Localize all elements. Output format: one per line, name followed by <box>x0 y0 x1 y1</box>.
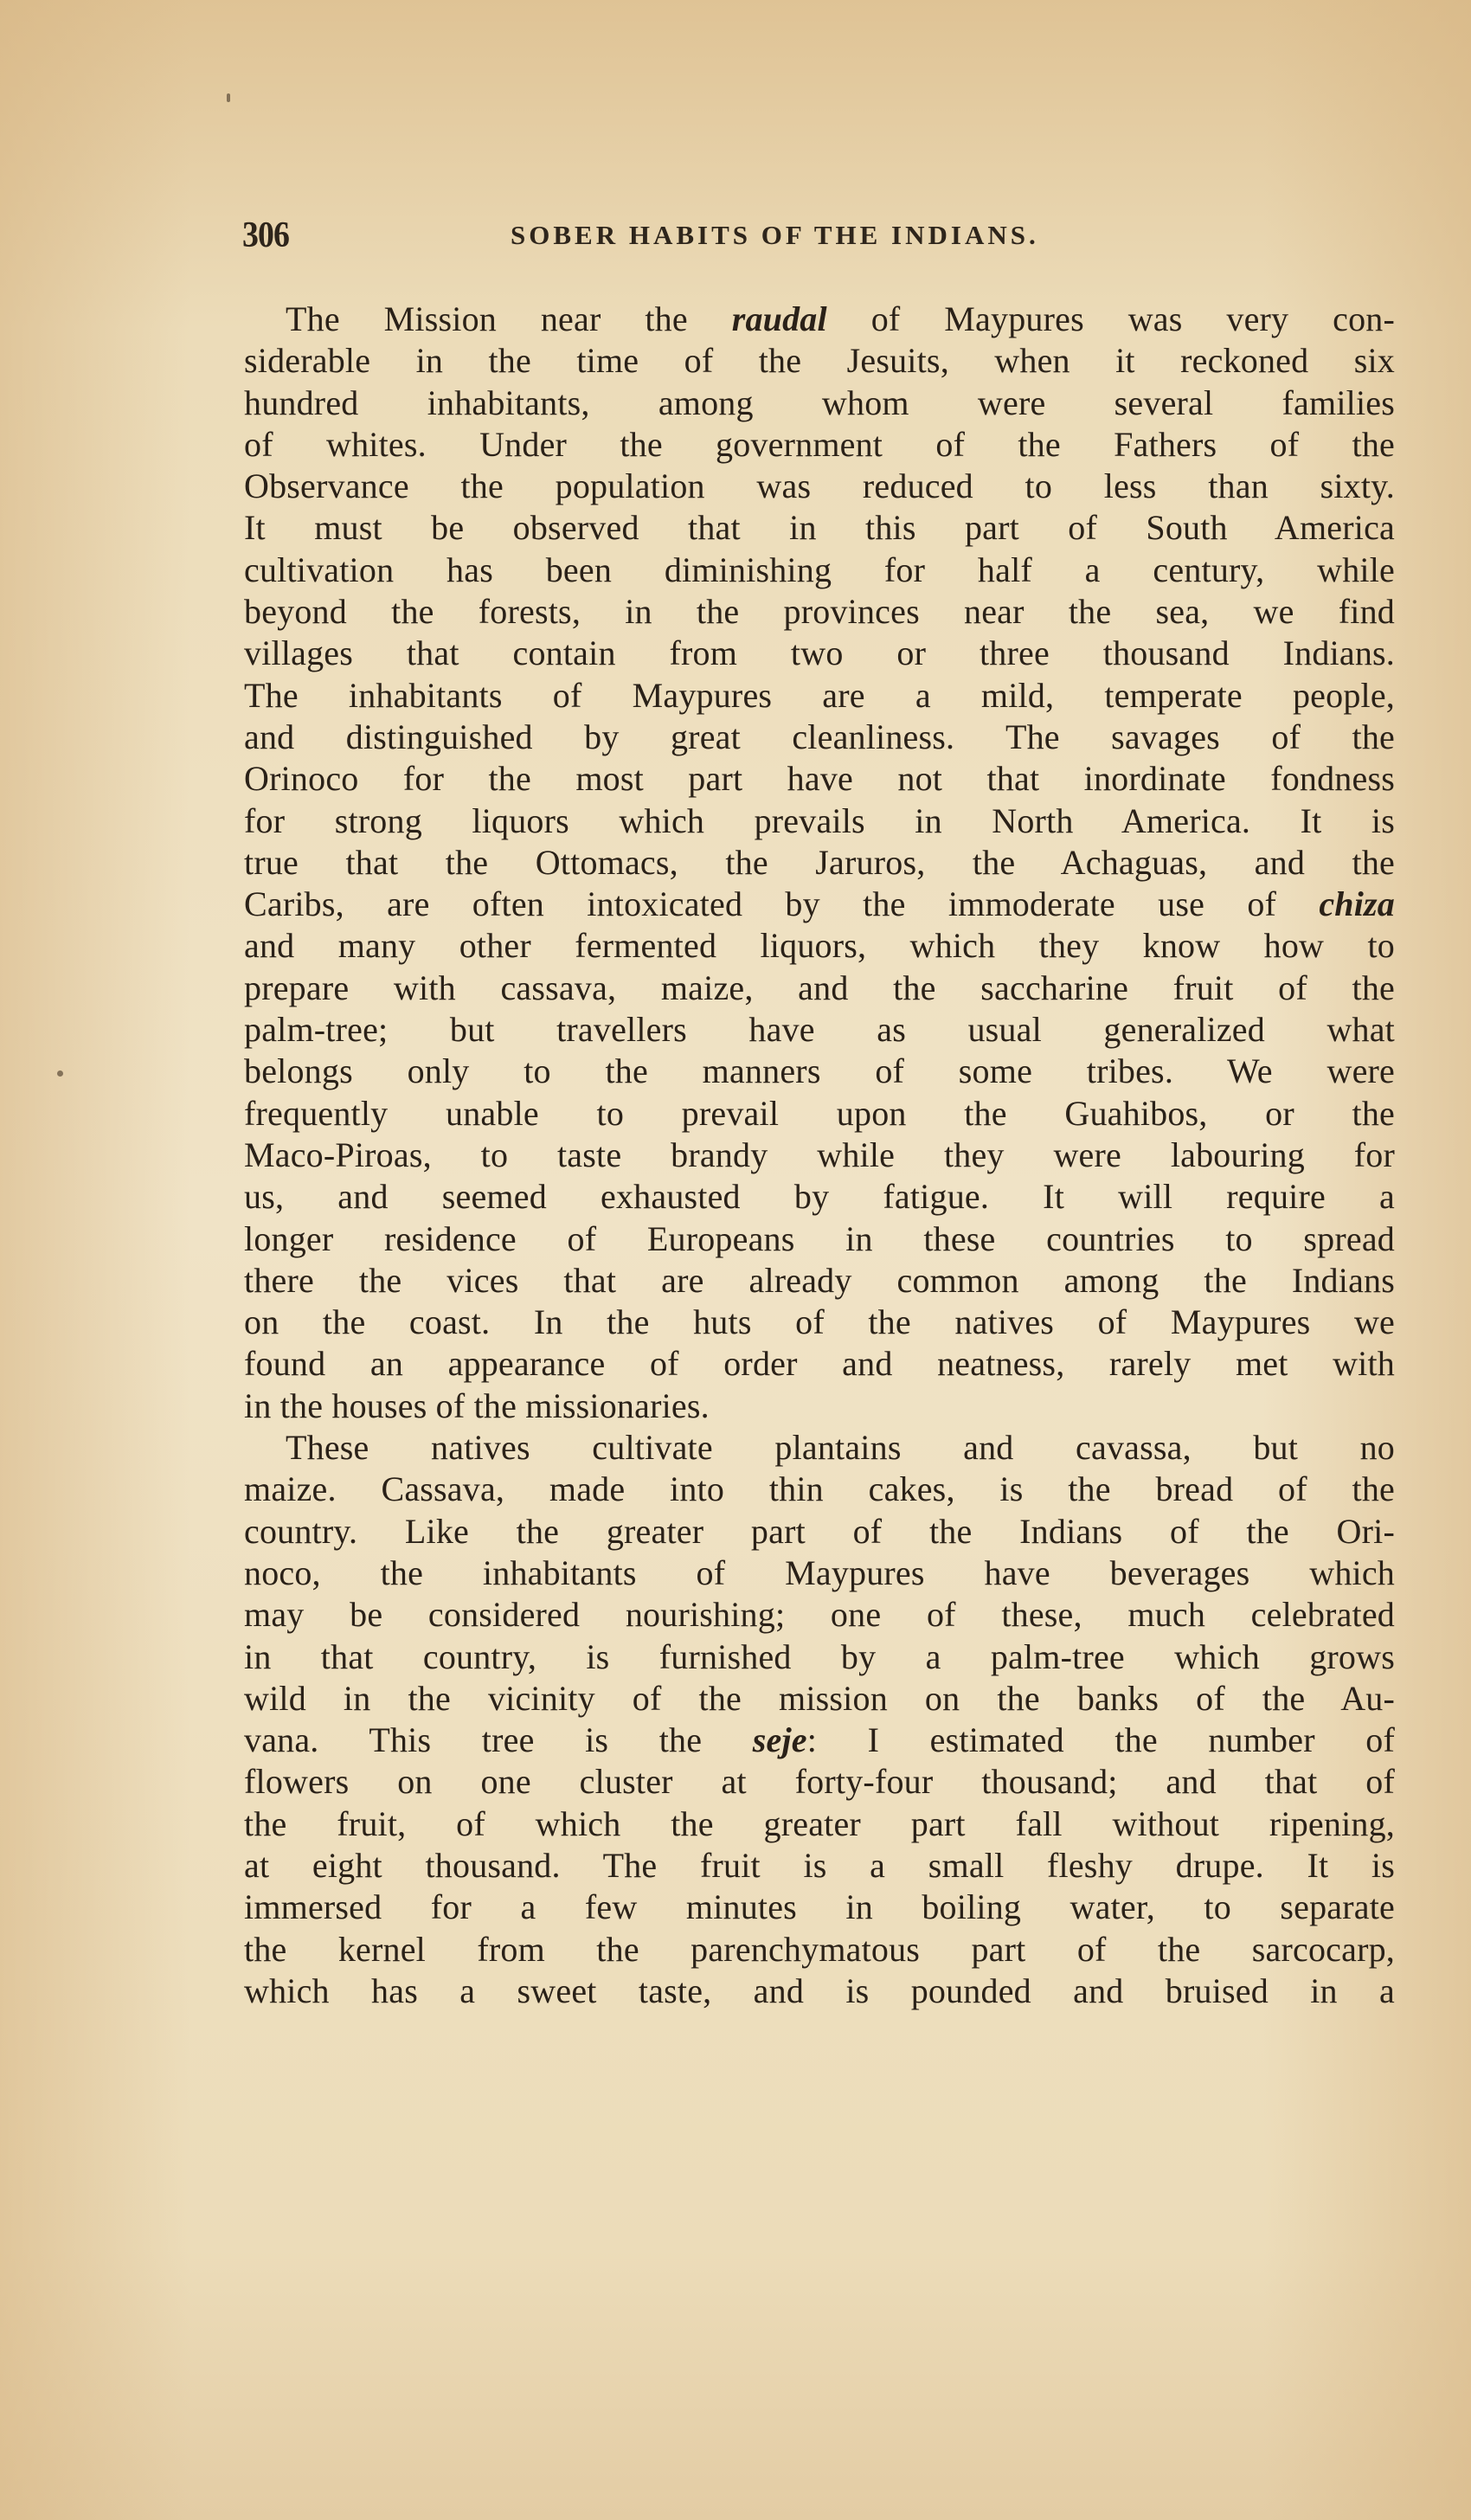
text-line: on the coast. In the huts of the natives… <box>244 1302 1395 1343</box>
text-line: may be considered nourishing; one of the… <box>244 1594 1395 1636</box>
text-line: It must be observed that in this part of… <box>244 507 1395 549</box>
text-line: longer residence of Europeans in these c… <box>244 1218 1395 1260</box>
text-line: there the vices that are already common … <box>244 1260 1395 1302</box>
print-speck-margin <box>57 1070 63 1077</box>
text-line: frequently unable to prevail upon the Gu… <box>244 1093 1395 1135</box>
italic-term: seje <box>753 1720 807 1759</box>
book-page: 306 SOBER HABITS OF THE INDIANS. The Mis… <box>0 0 1471 2520</box>
paragraph: These natives cultivate plantains and ca… <box>244 1427 1395 2012</box>
text-line: These natives cultivate plantains and ca… <box>244 1427 1395 1469</box>
text-line: The inhabitants of Maypures are a mild, … <box>244 675 1395 717</box>
text-line: palm-tree; but travellers have as usual … <box>244 1009 1395 1051</box>
text-line: wild in the vicinity of the mission on t… <box>244 1678 1395 1720</box>
text-line: which has a sweet taste, and is pounded … <box>244 1970 1395 2012</box>
text-line: of whites. Under the government of the F… <box>244 424 1395 466</box>
paragraph: The Mission near the raudal of Maypures … <box>244 299 1395 1427</box>
text-line: and distinguished by great cleanliness. … <box>244 717 1395 758</box>
italic-term: raudal <box>732 299 827 338</box>
text-line: belongs only to the manners of some trib… <box>244 1051 1395 1092</box>
text-line: us, and seemed exhausted by fatigue. It … <box>244 1176 1395 1218</box>
text-line: noco, the inhabitants of Maypures have b… <box>244 1552 1395 1594</box>
text-line: the kernel from the parenchymatous part … <box>244 1929 1395 1970</box>
text-line: maize. Cassava, made into thin cakes, is… <box>244 1469 1395 1510</box>
text-line: hundred inhabitants, among whom were sev… <box>244 382 1395 424</box>
text-line: cultivation has been diminishing for hal… <box>244 550 1395 591</box>
text-line: for strong liquors which prevails in Nor… <box>244 800 1395 842</box>
text-line: found an appearance of order and neatnes… <box>244 1343 1395 1385</box>
text-line: beyond the forests, in the provinces nea… <box>244 591 1395 633</box>
text-line: The Mission near the raudal of Maypures … <box>244 299 1395 340</box>
text-line: the fruit, of which the greater part fal… <box>244 1803 1395 1845</box>
text-line: prepare with cassava, maize, and the sac… <box>244 967 1395 1009</box>
text-line: vana. This tree is the seje: I estimated… <box>244 1720 1395 1761</box>
text-line: in the houses of the missionaries. <box>244 1385 1395 1427</box>
text-line: villages that contain from two or three … <box>244 633 1395 674</box>
page-number: 306 <box>242 215 289 256</box>
page-header: 306 SOBER HABITS OF THE INDIANS. <box>242 215 1393 258</box>
text-line: Caribs, are often intoxicated by the imm… <box>244 884 1395 925</box>
text-line: and many other fermented liquors, which … <box>244 925 1395 967</box>
text-line: at eight thousand. The fruit is a small … <box>244 1845 1395 1887</box>
text-line: immersed for a few minutes in boiling wa… <box>244 1887 1395 1928</box>
text-line: country. Like the greater part of the In… <box>244 1511 1395 1552</box>
running-head: SOBER HABITS OF THE INDIANS. <box>511 220 1039 251</box>
text-line: siderable in the time of the Jesuits, wh… <box>244 340 1395 382</box>
text-line: Observance the population was reduced to… <box>244 466 1395 507</box>
text-line: Orinoco for the most part have not that … <box>244 758 1395 800</box>
text-line: Maco-Piroas, to taste brandy while they … <box>244 1135 1395 1176</box>
text-line: true that the Ottomacs, the Jaruros, the… <box>244 842 1395 884</box>
text-line: flowers on one cluster at forty-four tho… <box>244 1761 1395 1803</box>
italic-term: chiza <box>1319 884 1395 923</box>
body-text: The Mission near the raudal of Maypures … <box>244 299 1395 2012</box>
print-speck-top <box>227 93 230 102</box>
text-line: in that country, is furnished by a palm-… <box>244 1636 1395 1678</box>
